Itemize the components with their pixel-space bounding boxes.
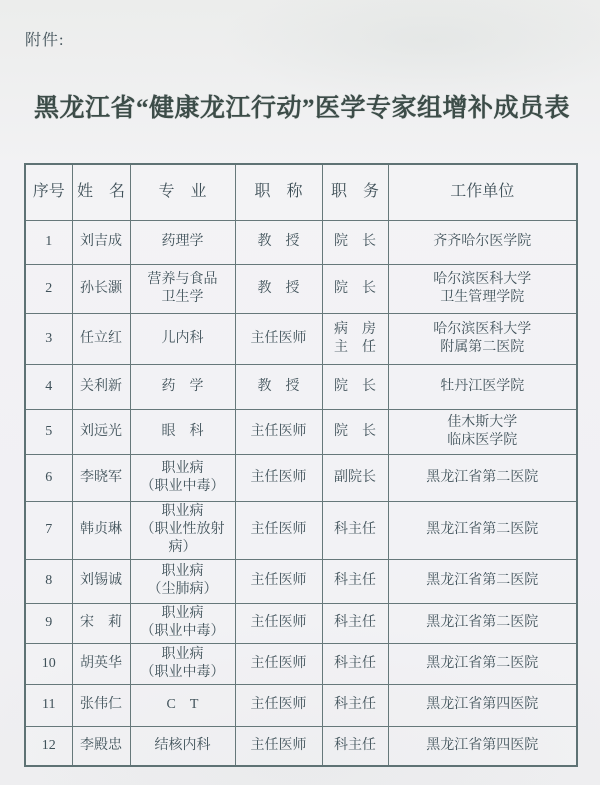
cell-line: 韩贞琳: [75, 521, 128, 539]
cell-title: 主任医师: [235, 726, 322, 766]
cell-line: 任立红: [75, 330, 128, 348]
cell-line: 李晓军: [75, 469, 128, 487]
cell-workplace: 黑龙江省第二医院: [388, 643, 577, 684]
cell-workplace: 哈尔滨医科大学附属第二医院: [388, 313, 577, 364]
cell-no: 6: [25, 454, 72, 501]
cell-name: 刘吉成: [72, 220, 130, 264]
table-row: 10胡英华职业病（职业中毒）主任医师科主任黑龙江省第二医院: [25, 643, 577, 684]
cell-line: 科主任: [325, 696, 386, 714]
cell-line: 宋 莉: [75, 614, 128, 632]
cell-no: 8: [25, 559, 72, 603]
table-row: 1刘吉成药理学教 授院 长齐齐哈尔医学院: [25, 220, 577, 264]
table-row: 3任立红儿内科主任医师病 房主 任哈尔滨医科大学附属第二医院: [25, 313, 577, 364]
cell-line: 职业病: [133, 503, 233, 521]
cell-line: 9: [28, 614, 70, 632]
cell-line: 教 授: [238, 233, 320, 251]
cell-line: 3: [28, 330, 70, 348]
cell-position: 科主任: [322, 684, 388, 726]
cell-line: 黑龙江省第二医院: [391, 469, 575, 487]
table-row: 8刘锡诚职业病（尘肺病）主任医师科主任黑龙江省第二医院: [25, 559, 577, 603]
cell-line: 主 任: [325, 339, 386, 357]
cell-title: 教 授: [235, 364, 322, 409]
cell-position: 病 房主 任: [322, 313, 388, 364]
cell-line: 营养与食品: [133, 271, 233, 289]
page-title: 黑龙江省“健康龙江行动”医学专家组增补成员表: [12, 88, 592, 124]
cell-position: 院 长: [322, 220, 388, 264]
cell-line: 病 房: [325, 321, 386, 339]
cell-title: 教 授: [235, 220, 322, 264]
cell-line: 主任医师: [238, 469, 320, 487]
cell-workplace: 齐齐哈尔医学院: [388, 220, 577, 264]
cell-specialty: C T: [130, 684, 235, 726]
cell-line: 2: [28, 280, 70, 298]
cell-line: 院 长: [325, 378, 386, 396]
table-row: 5刘远光眼 科主任医师院 长佳木斯大学临床医学院: [25, 409, 577, 454]
cell-no: 3: [25, 313, 72, 364]
cell-specialty: 职业病（职业中毒）: [130, 603, 235, 643]
cell-line: 院 长: [325, 423, 386, 441]
cell-workplace: 牡丹江医学院: [388, 364, 577, 409]
cell-workplace: 黑龙江省第二医院: [388, 501, 577, 559]
header-cell-no: 序号: [25, 164, 72, 220]
cell-line: 教 授: [238, 280, 320, 298]
cell-line: 刘吉成: [75, 233, 128, 251]
cell-line: 眼 科: [133, 423, 233, 441]
cell-line: 关利新: [75, 378, 128, 396]
cell-specialty: 药理学: [130, 220, 235, 264]
table-header-row: 序号 姓 名 专 业 职 称 职 务 工作单位: [25, 164, 577, 220]
members-table: 序号 姓 名 专 业 职 称 职 务 工作单位 1刘吉成药理学教 授院 长齐齐哈…: [24, 163, 578, 767]
table-row: 9宋 莉职业病（职业中毒）主任医师科主任黑龙江省第二医院: [25, 603, 577, 643]
cell-line: 主任医师: [238, 614, 320, 632]
cell-line: 院 长: [325, 233, 386, 251]
cell-line: 孙长灏: [75, 280, 128, 298]
cell-name: 韩贞琳: [72, 501, 130, 559]
table-row: 11张伟仁C T主任医师科主任黑龙江省第四医院: [25, 684, 577, 726]
cell-line: 卫生学: [133, 289, 233, 307]
cell-position: 科主任: [322, 501, 388, 559]
cell-position: 科主任: [322, 726, 388, 766]
cell-name: 刘锡诚: [72, 559, 130, 603]
cell-line: 教 授: [238, 378, 320, 396]
cell-no: 11: [25, 684, 72, 726]
scanned-document-page: { "document": { "attachment_label": "附件:…: [0, 0, 600, 785]
cell-position: 副院长: [322, 454, 388, 501]
cell-position: 科主任: [322, 559, 388, 603]
cell-line: （职业中毒）: [133, 664, 233, 682]
cell-line: 主任医师: [238, 330, 320, 348]
header-cell-position: 职 务: [322, 164, 388, 220]
cell-line: 黑龙江省第二医院: [391, 655, 575, 673]
cell-name: 任立红: [72, 313, 130, 364]
members-table-body: 序号 姓 名 专 业 职 称 职 务 工作单位 1刘吉成药理学教 授院 长齐齐哈…: [25, 164, 577, 766]
cell-line: 李殿忠: [75, 737, 128, 755]
cell-line: 1: [28, 233, 70, 251]
cell-title: 主任医师: [235, 454, 322, 501]
cell-title: 主任医师: [235, 643, 322, 684]
cell-position: 科主任: [322, 643, 388, 684]
cell-position: 院 长: [322, 264, 388, 313]
cell-name: 孙长灏: [72, 264, 130, 313]
cell-line: 药 学: [133, 378, 233, 396]
cell-line: 哈尔滨医科大学: [391, 321, 575, 339]
cell-line: 职业病: [133, 563, 233, 581]
cell-position: 院 长: [322, 364, 388, 409]
cell-specialty: 眼 科: [130, 409, 235, 454]
cell-specialty: 职业病（尘肺病）: [130, 559, 235, 603]
table-row: 7韩贞琳职业病（职业性放射病）主任医师科主任黑龙江省第二医院: [25, 501, 577, 559]
cell-line: 药理学: [133, 233, 233, 251]
cell-line: 院 长: [325, 280, 386, 298]
cell-specialty: 药 学: [130, 364, 235, 409]
cell-line: C T: [133, 696, 233, 714]
cell-line: 科主任: [325, 572, 386, 590]
cell-line: 副院长: [325, 469, 386, 487]
cell-specialty: 职业病（职业中毒）: [130, 643, 235, 684]
cell-line: 卫生管理学院: [391, 289, 575, 307]
cell-title: 教 授: [235, 264, 322, 313]
cell-line: 主任医师: [238, 696, 320, 714]
cell-line: 齐齐哈尔医学院: [391, 233, 575, 251]
cell-line: 职业病: [133, 646, 233, 664]
cell-line: 佳木斯大学: [391, 414, 575, 432]
cell-name: 关利新: [72, 364, 130, 409]
cell-name: 张伟仁: [72, 684, 130, 726]
cell-no: 1: [25, 220, 72, 264]
cell-line: （职业中毒）: [133, 478, 233, 496]
cell-line: 黑龙江省第二医院: [391, 614, 575, 632]
cell-title: 主任医师: [235, 603, 322, 643]
cell-name: 李殿忠: [72, 726, 130, 766]
cell-no: 5: [25, 409, 72, 454]
table-row: 12李殿忠结核内科主任医师科主任黑龙江省第四医院: [25, 726, 577, 766]
cell-line: 主任医师: [238, 423, 320, 441]
cell-line: 临床医学院: [391, 432, 575, 450]
cell-specialty: 职业病（职业中毒）: [130, 454, 235, 501]
cell-line: 儿内科: [133, 330, 233, 348]
cell-workplace: 黑龙江省第四医院: [388, 726, 577, 766]
cell-workplace: 哈尔滨医科大学卫生管理学院: [388, 264, 577, 313]
cell-position: 院 长: [322, 409, 388, 454]
cell-title: 主任医师: [235, 313, 322, 364]
cell-line: 哈尔滨医科大学: [391, 271, 575, 289]
cell-no: 10: [25, 643, 72, 684]
cell-specialty: 营养与食品卫生学: [130, 264, 235, 313]
cell-workplace: 黑龙江省第二医院: [388, 454, 577, 501]
cell-line: 刘锡诚: [75, 572, 128, 590]
cell-line: 职业病: [133, 460, 233, 478]
cell-title: 主任医师: [235, 559, 322, 603]
cell-line: 张伟仁: [75, 696, 128, 714]
cell-line: 黑龙江省第二医院: [391, 572, 575, 590]
table-row: 6李晓军职业病（职业中毒）主任医师副院长黑龙江省第二医院: [25, 454, 577, 501]
cell-line: 5: [28, 423, 70, 441]
cell-line: 牡丹江医学院: [391, 378, 575, 396]
cell-position: 科主任: [322, 603, 388, 643]
cell-line: 病）: [133, 539, 233, 557]
cell-line: 科主任: [325, 737, 386, 755]
cell-name: 宋 莉: [72, 603, 130, 643]
cell-line: 主任医师: [238, 655, 320, 673]
cell-line: （职业性放射: [133, 521, 233, 539]
cell-name: 刘远光: [72, 409, 130, 454]
cell-line: 10: [28, 655, 70, 673]
cell-no: 9: [25, 603, 72, 643]
cell-name: 李晓军: [72, 454, 130, 501]
cell-workplace: 黑龙江省第二医院: [388, 559, 577, 603]
table-row: 4关利新药 学教 授院 长牡丹江医学院: [25, 364, 577, 409]
cell-line: 4: [28, 378, 70, 396]
cell-line: 11: [28, 696, 70, 714]
cell-line: （职业中毒）: [133, 623, 233, 641]
cell-line: 刘远光: [75, 423, 128, 441]
header-cell-workplace: 工作单位: [388, 164, 577, 220]
cell-workplace: 黑龙江省第四医院: [388, 684, 577, 726]
cell-title: 主任医师: [235, 409, 322, 454]
cell-line: 科主任: [325, 614, 386, 632]
cell-specialty: 职业病（职业性放射病）: [130, 501, 235, 559]
cell-workplace: 黑龙江省第二医院: [388, 603, 577, 643]
cell-line: 黑龙江省第四医院: [391, 737, 575, 755]
cell-specialty: 儿内科: [130, 313, 235, 364]
cell-line: 主任医师: [238, 521, 320, 539]
cell-no: 7: [25, 501, 72, 559]
cell-line: 主任医师: [238, 737, 320, 755]
cell-line: 8: [28, 572, 70, 590]
cell-specialty: 结核内科: [130, 726, 235, 766]
cell-line: 12: [28, 737, 70, 755]
cell-line: 职业病: [133, 605, 233, 623]
cell-line: 结核内科: [133, 737, 233, 755]
cell-no: 12: [25, 726, 72, 766]
cell-line: 科主任: [325, 655, 386, 673]
cell-line: 黑龙江省第二医院: [391, 521, 575, 539]
cell-line: 6: [28, 469, 70, 487]
cell-line: 附属第二医院: [391, 339, 575, 357]
cell-name: 胡英华: [72, 643, 130, 684]
header-cell-name: 姓 名: [72, 164, 130, 220]
attachment-label: 附件:: [25, 27, 64, 50]
cell-line: 7: [28, 521, 70, 539]
cell-line: （尘肺病）: [133, 581, 233, 599]
cell-workplace: 佳木斯大学临床医学院: [388, 409, 577, 454]
header-cell-specialty: 专 业: [130, 164, 235, 220]
cell-line: 胡英华: [75, 655, 128, 673]
cell-line: 主任医师: [238, 572, 320, 590]
header-cell-title: 职 称: [235, 164, 322, 220]
cell-no: 2: [25, 264, 72, 313]
cell-title: 主任医师: [235, 501, 322, 559]
cell-line: 科主任: [325, 521, 386, 539]
cell-title: 主任医师: [235, 684, 322, 726]
table-row: 2孙长灏营养与食品卫生学教 授院 长哈尔滨医科大学卫生管理学院: [25, 264, 577, 313]
cell-line: 黑龙江省第四医院: [391, 696, 575, 714]
cell-no: 4: [25, 364, 72, 409]
